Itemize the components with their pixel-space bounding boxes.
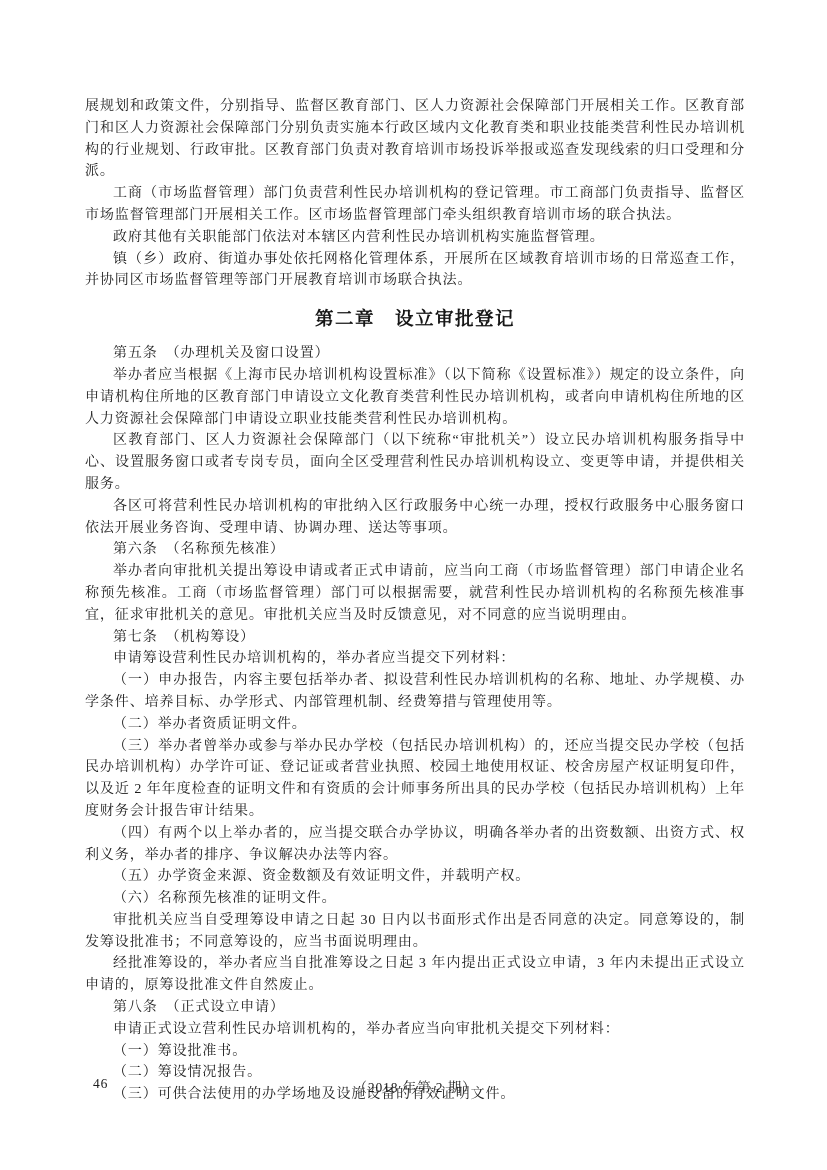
list-item: （三）举办者曾举办或参与举办民办学校（包括民办培训机构）的，还应当提交民办学校（… [85,736,745,823]
issue-label: （2018 年第 2 期） [85,1076,745,1096]
paragraph: 举办者应当根据《上海市民办培训机构设置标准》（以下简称《设置标准》）规定的设立条… [85,365,745,430]
page-footer: 46 （2018 年第 2 期） [85,1076,745,1096]
clause-heading: 第五条 （办理机关及窗口设置） [85,343,745,365]
chapter-heading: 第二章 设立审批登记 [85,305,745,331]
paragraph: 展规划和政策文件，分别指导、监督区教育部门、区人力资源社会保障部门开展相关工作。… [85,96,745,183]
paragraph: 审批机关应当自受理筹设申请之日起 30 日内以书面形式作出是否同意的决定。同意筹… [85,910,745,954]
clause-heading: 第八条 （正式设立申请） [85,997,745,1019]
paragraph: 各区可将营利性民办培训机构的审批纳入区行政服务中心统一办理，授权行政服务中心服务… [85,496,745,540]
page-number: 46 [93,1076,108,1092]
document-page: 展规划和政策文件，分别指导、监督区教育部门、区人力资源社会保障部门开展相关工作。… [0,0,827,1170]
list-item: （一）申办报告，内容主要包括举办者、拟设营利性民办培训机构的名称、地址、办学规模… [85,670,745,714]
paragraph: 政府其他有关职能部门依法对本辖区内营利性民办培训机构实施监督管理。 [85,227,745,249]
list-item: （五）办学资金来源、资金数额及有效证明文件，并载明产权。 [85,866,745,888]
paragraph: 申请筹设营利性民办培训机构的，举办者应当提交下列材料： [85,648,745,670]
list-item: （六）名称预先核准的证明文件。 [85,888,745,910]
list-item: （二）举办者资质证明文件。 [85,714,745,736]
paragraph: 申请正式设立营利性民办培训机构的，举办者应当向审批机关提交下列材料： [85,1019,745,1041]
list-item: （四）有两个以上举办者的，应当提交联合办学协议，明确各举办者的出资数额、出资方式… [85,823,745,867]
list-item: （一）筹设批准书。 [85,1041,745,1063]
clause-heading: 第七条 （机构筹设） [85,627,745,649]
clause-heading: 第六条 （名称预先核准） [85,539,745,561]
paragraph: 工商（市场监督管理）部门负责营利性民办培训机构的登记管理。市工商部门负责指导、监… [85,183,745,227]
paragraph: 镇（乡）政府、街道办事处依托网格化管理体系，开展所在区域教育培训市场的日常巡查工… [85,249,745,293]
paragraph: 经批准筹设的，举办者应当自批准筹设之日起 3 年内提出正式设立申请，3 年内未提… [85,953,745,997]
paragraph: 区教育部门、区人力资源社会保障部门（以下统称“审批机关”）设立民办培训机构服务指… [85,430,745,495]
paragraph: 举办者向审批机关提出筹设申请或者正式申请前，应当向工商（市场监督管理）部门申请企… [85,561,745,626]
